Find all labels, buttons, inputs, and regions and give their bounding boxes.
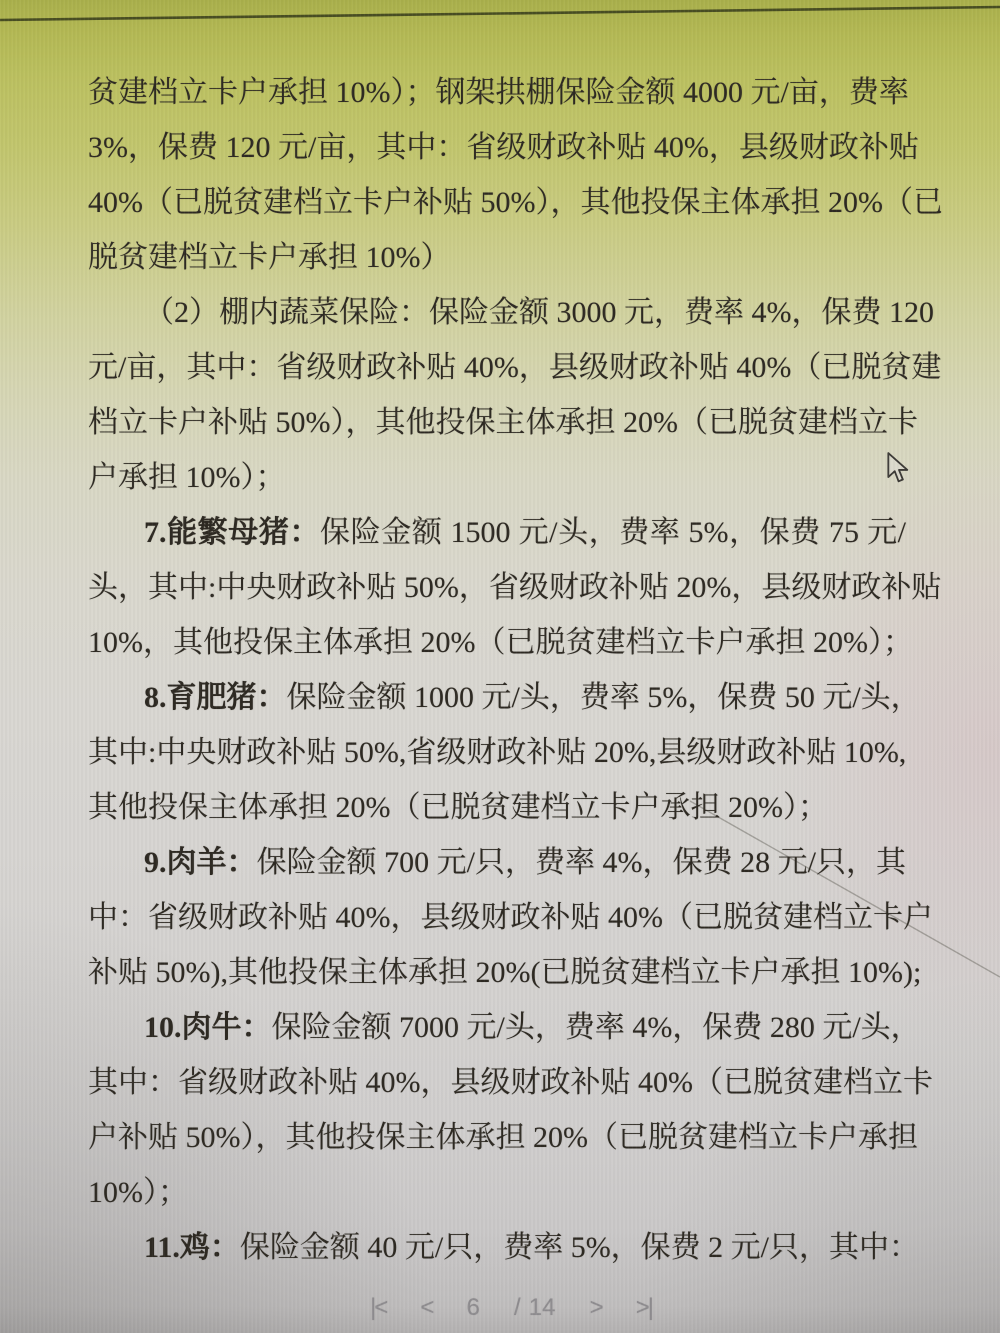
current-page-number: 6 bbox=[467, 1294, 480, 1322]
mouse-cursor bbox=[886, 452, 912, 484]
document-line: 10%，其他投保主体承担 20%（已脱贫建档立卡户承担 20%）； bbox=[88, 615, 906, 670]
total-pages: 14 bbox=[529, 1294, 556, 1322]
paragraph-heading: 8.育肥猪： bbox=[144, 681, 287, 714]
document-line: （2）棚内蔬菜保险：保险金额 3000 元，费率 4%，保费 120 bbox=[88, 285, 906, 340]
last-page-button[interactable]: >| bbox=[636, 1294, 652, 1322]
document-line: 头，其中:中央财政补贴 50%，省级财政补贴 20%，县级财政补贴 bbox=[88, 560, 906, 615]
document-line: 脱贫建档立卡户承担 10%） bbox=[88, 230, 906, 285]
document-line: 其中:中央财政补贴 50%,省级财政补贴 20%,县级财政补贴 10%, bbox=[88, 725, 906, 780]
document-line: 补贴 50%),其他投保主体承担 20%(已脱贫建档立卡户承担 10%); bbox=[88, 945, 906, 1000]
document-line: 3%，保费 120 元/亩，其中：省级财政补贴 40%，县级财政补贴 bbox=[88, 120, 906, 175]
document-line: 11.鸡：保险金额 40 元/只，费率 5%，保费 2 元/只，其中： bbox=[88, 1220, 906, 1275]
paragraph-heading: 11.鸡： bbox=[144, 1231, 240, 1264]
next-page-button[interactable]: > bbox=[590, 1294, 602, 1322]
document-line: 40%（已脱贫建档立卡户补贴 50%），其他投保主体承担 20%（已 bbox=[88, 175, 906, 230]
paragraph-heading: 10.肉牛： bbox=[144, 1011, 272, 1044]
document-page: 贫建档立卡户承担 10%）；钢架拱棚保险金额 4000 元/亩，费率3%，保费 … bbox=[88, 65, 906, 1275]
document-line: 中：省级财政补贴 40%，县级财政补贴 40%（已脱贫建档立卡户 bbox=[88, 890, 906, 945]
document-line: 其中：省级财政补贴 40%，县级财政补贴 40%（已脱贫建档立卡 bbox=[88, 1055, 906, 1110]
document-line: 其他投保主体承担 20%（已脱贫建档立卡户承担 20%）； bbox=[88, 780, 906, 835]
document-line: 档立卡户补贴 50%），其他投保主体承担 20%（已脱贫建档立卡 bbox=[88, 395, 906, 450]
page-count: / 14 bbox=[514, 1294, 555, 1322]
document-line: 9.肉羊：保险金额 700 元/只，费率 4%，保费 28 元/只，其 bbox=[88, 835, 906, 890]
document-line: 10.肉牛：保险金额 7000 元/头，费率 4%，保费 280 元/头， bbox=[88, 1000, 906, 1055]
document-line: 10%）； bbox=[88, 1165, 906, 1220]
paragraph-heading: 7.能繁母猪： bbox=[144, 516, 320, 549]
prev-page-button[interactable]: < bbox=[420, 1294, 432, 1322]
page-separator: / bbox=[514, 1294, 521, 1322]
first-page-button[interactable]: |< bbox=[370, 1294, 386, 1322]
paragraph-heading: 9.肉羊： bbox=[144, 846, 257, 879]
document-line: 贫建档立卡户承担 10%）；钢架拱棚保险金额 4000 元/亩，费率 bbox=[88, 65, 906, 120]
document-line: 8.育肥猪：保险金额 1000 元/头，费率 5%，保费 50 元/头， bbox=[88, 670, 906, 725]
document-line: 户补贴 50%），其他投保主体承担 20%（已脱贫建档立卡户承担 bbox=[88, 1110, 906, 1165]
document-line: 户承担 10%）； bbox=[88, 450, 906, 505]
photographed-screen: 贫建档立卡户承担 10%）；钢架拱棚保险金额 4000 元/亩，费率3%，保费 … bbox=[0, 0, 1000, 1333]
document-line: 元/亩，其中：省级财政补贴 40%，县级财政补贴 40%（已脱贫建 bbox=[88, 340, 906, 395]
screen-edge-line bbox=[0, 7, 1000, 20]
document-line: 7.能繁母猪：保险金额 1500 元/头，费率 5%，保费 75 元/ bbox=[88, 505, 906, 560]
page-navigation: |< < 6 / 14 > >| bbox=[370, 1291, 652, 1325]
